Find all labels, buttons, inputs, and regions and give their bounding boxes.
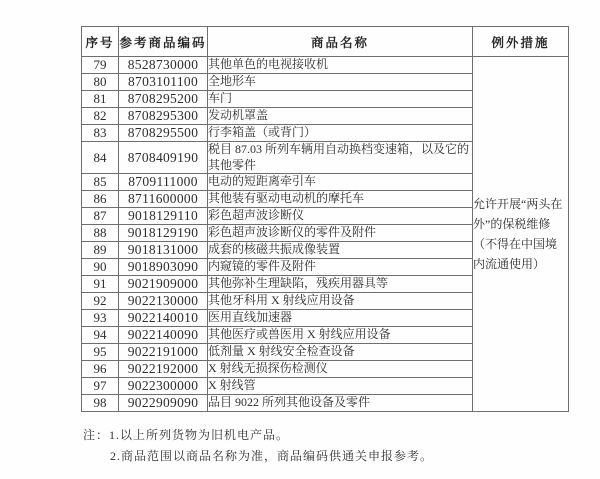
header-exception-measures: 例外措施 [473,27,569,57]
table-row: 798528730000其他单色的电视接收机允许开展“两头在外”的保税维修（不得… [82,57,569,74]
product-code-cell: 9022140010 [119,310,208,327]
note-line-1: 注：1.以上所列货物为旧机电产品。 [83,425,433,446]
note-line-2: 2.商品范围以商品名称为准，商品编码供通关申报参考。 [83,446,433,467]
product-code-cell: 9022140090 [119,327,208,344]
exception-measures-cell: 允许开展“两头在外”的保税维修（不得在中国境内流通使用） [473,57,569,412]
product-code-cell: 9022191000 [119,344,208,361]
serial-number-cell: 97 [82,378,119,395]
serial-number-cell: 91 [82,276,119,293]
serial-number-cell: 85 [82,174,119,191]
product-name-cell: X 射线管 [208,378,473,395]
product-name-cell: 彩色超声波诊断仪的零件及附件 [208,225,473,242]
serial-number-cell: 98 [82,395,119,412]
serial-number-cell: 84 [82,142,119,174]
product-code-cell: 8709111000 [119,174,208,191]
serial-number-cell: 94 [82,327,119,344]
product-code-cell: 8711600000 [119,191,208,208]
serial-number-cell: 80 [82,74,119,91]
product-name-cell: 车门 [208,91,473,108]
product-name-cell: 发动机罩盖 [208,108,473,125]
product-table: 序号 参考商品编码 商品名称 例外措施 798528730000其他单色的电视接… [81,26,569,412]
product-code-cell: 9021909000 [119,276,208,293]
product-name-cell: 内窥镜的零件及附件 [208,259,473,276]
product-code-cell: 8703101100 [119,74,208,91]
product-name-cell: 其他牙科用 X 射线应用设备 [208,293,473,310]
product-code-cell: 8528730000 [119,57,208,74]
header-product-name: 商品名称 [208,27,473,57]
table-header-row: 序号 参考商品编码 商品名称 例外措施 [82,27,569,57]
product-code-cell: 9022130000 [119,293,208,310]
serial-number-cell: 95 [82,344,119,361]
product-code-cell: 9022909090 [119,395,208,412]
product-code-cell: 9018129190 [119,225,208,242]
product-name-cell: 低剂量 X 射线安全检查设备 [208,344,473,361]
note-item-2: 2.商品范围以商品名称为准，商品编码供通关申报参考。 [110,449,433,463]
document-page: 序号 参考商品编码 商品名称 例外措施 798528730000其他单色的电视接… [0,0,600,479]
product-code-cell: 8708295300 [119,108,208,125]
product-code-cell: 9022300000 [119,378,208,395]
product-name-cell: 行李箱盖（或背门） [208,125,473,142]
product-code-cell: 9022192000 [119,361,208,378]
serial-number-cell: 87 [82,208,119,225]
product-code-cell: 8708295200 [119,91,208,108]
product-name-cell: 其他弥补生理缺陷，残疾用器具等 [208,276,473,293]
product-code-cell: 8708409190 [119,142,208,174]
notes-label: 注： [83,428,109,442]
product-name-cell: 彩色超声波诊断仪 [208,208,473,225]
product-name-cell: X 射线无损探伤检测仪 [208,361,473,378]
product-code-cell: 8708295500 [119,125,208,142]
product-name-cell: 其他装有驱动电动机的摩托车 [208,191,473,208]
header-serial-number: 序号 [82,27,119,57]
product-name-cell: 其他单色的电视接收机 [208,57,473,74]
exception-measures-text: 允许开展“两头在外”的保税维修（不得在中国境内流通使用） [473,194,568,274]
serial-number-cell: 89 [82,242,119,259]
product-name-cell: 税目 87.03 所列车辆用自动换档变速箱，以及它的其他零件 [208,142,473,174]
product-name-cell: 医用直线加速器 [208,310,473,327]
serial-number-cell: 92 [82,293,119,310]
serial-number-cell: 96 [82,361,119,378]
note-item-1: 1.以上所列货物为旧机电产品。 [109,428,289,442]
serial-number-cell: 83 [82,125,119,142]
serial-number-cell: 82 [82,108,119,125]
serial-number-cell: 88 [82,225,119,242]
product-name-cell: 品目 9022 所列其他设备及零件 [208,395,473,412]
product-code-cell: 9018129110 [119,208,208,225]
product-name-cell: 电动的短距离牵引车 [208,174,473,191]
product-name-cell: 成套的核磁共振成像装置 [208,242,473,259]
serial-number-cell: 90 [82,259,119,276]
serial-number-cell: 79 [82,57,119,74]
product-name-cell: 其他医疗或兽医用 X 射线应用设备 [208,327,473,344]
header-reference-product-code: 参考商品编码 [119,27,208,57]
table-body: 798528730000其他单色的电视接收机允许开展“两头在外”的保税维修（不得… [82,57,569,412]
serial-number-cell: 86 [82,191,119,208]
product-code-cell: 9018131000 [119,242,208,259]
serial-number-cell: 93 [82,310,119,327]
product-name-cell: 全地形车 [208,74,473,91]
serial-number-cell: 81 [82,91,119,108]
product-code-cell: 9018903090 [119,259,208,276]
notes: 注：1.以上所列货物为旧机电产品。 2.商品范围以商品名称为准，商品编码供通关申… [83,425,433,467]
